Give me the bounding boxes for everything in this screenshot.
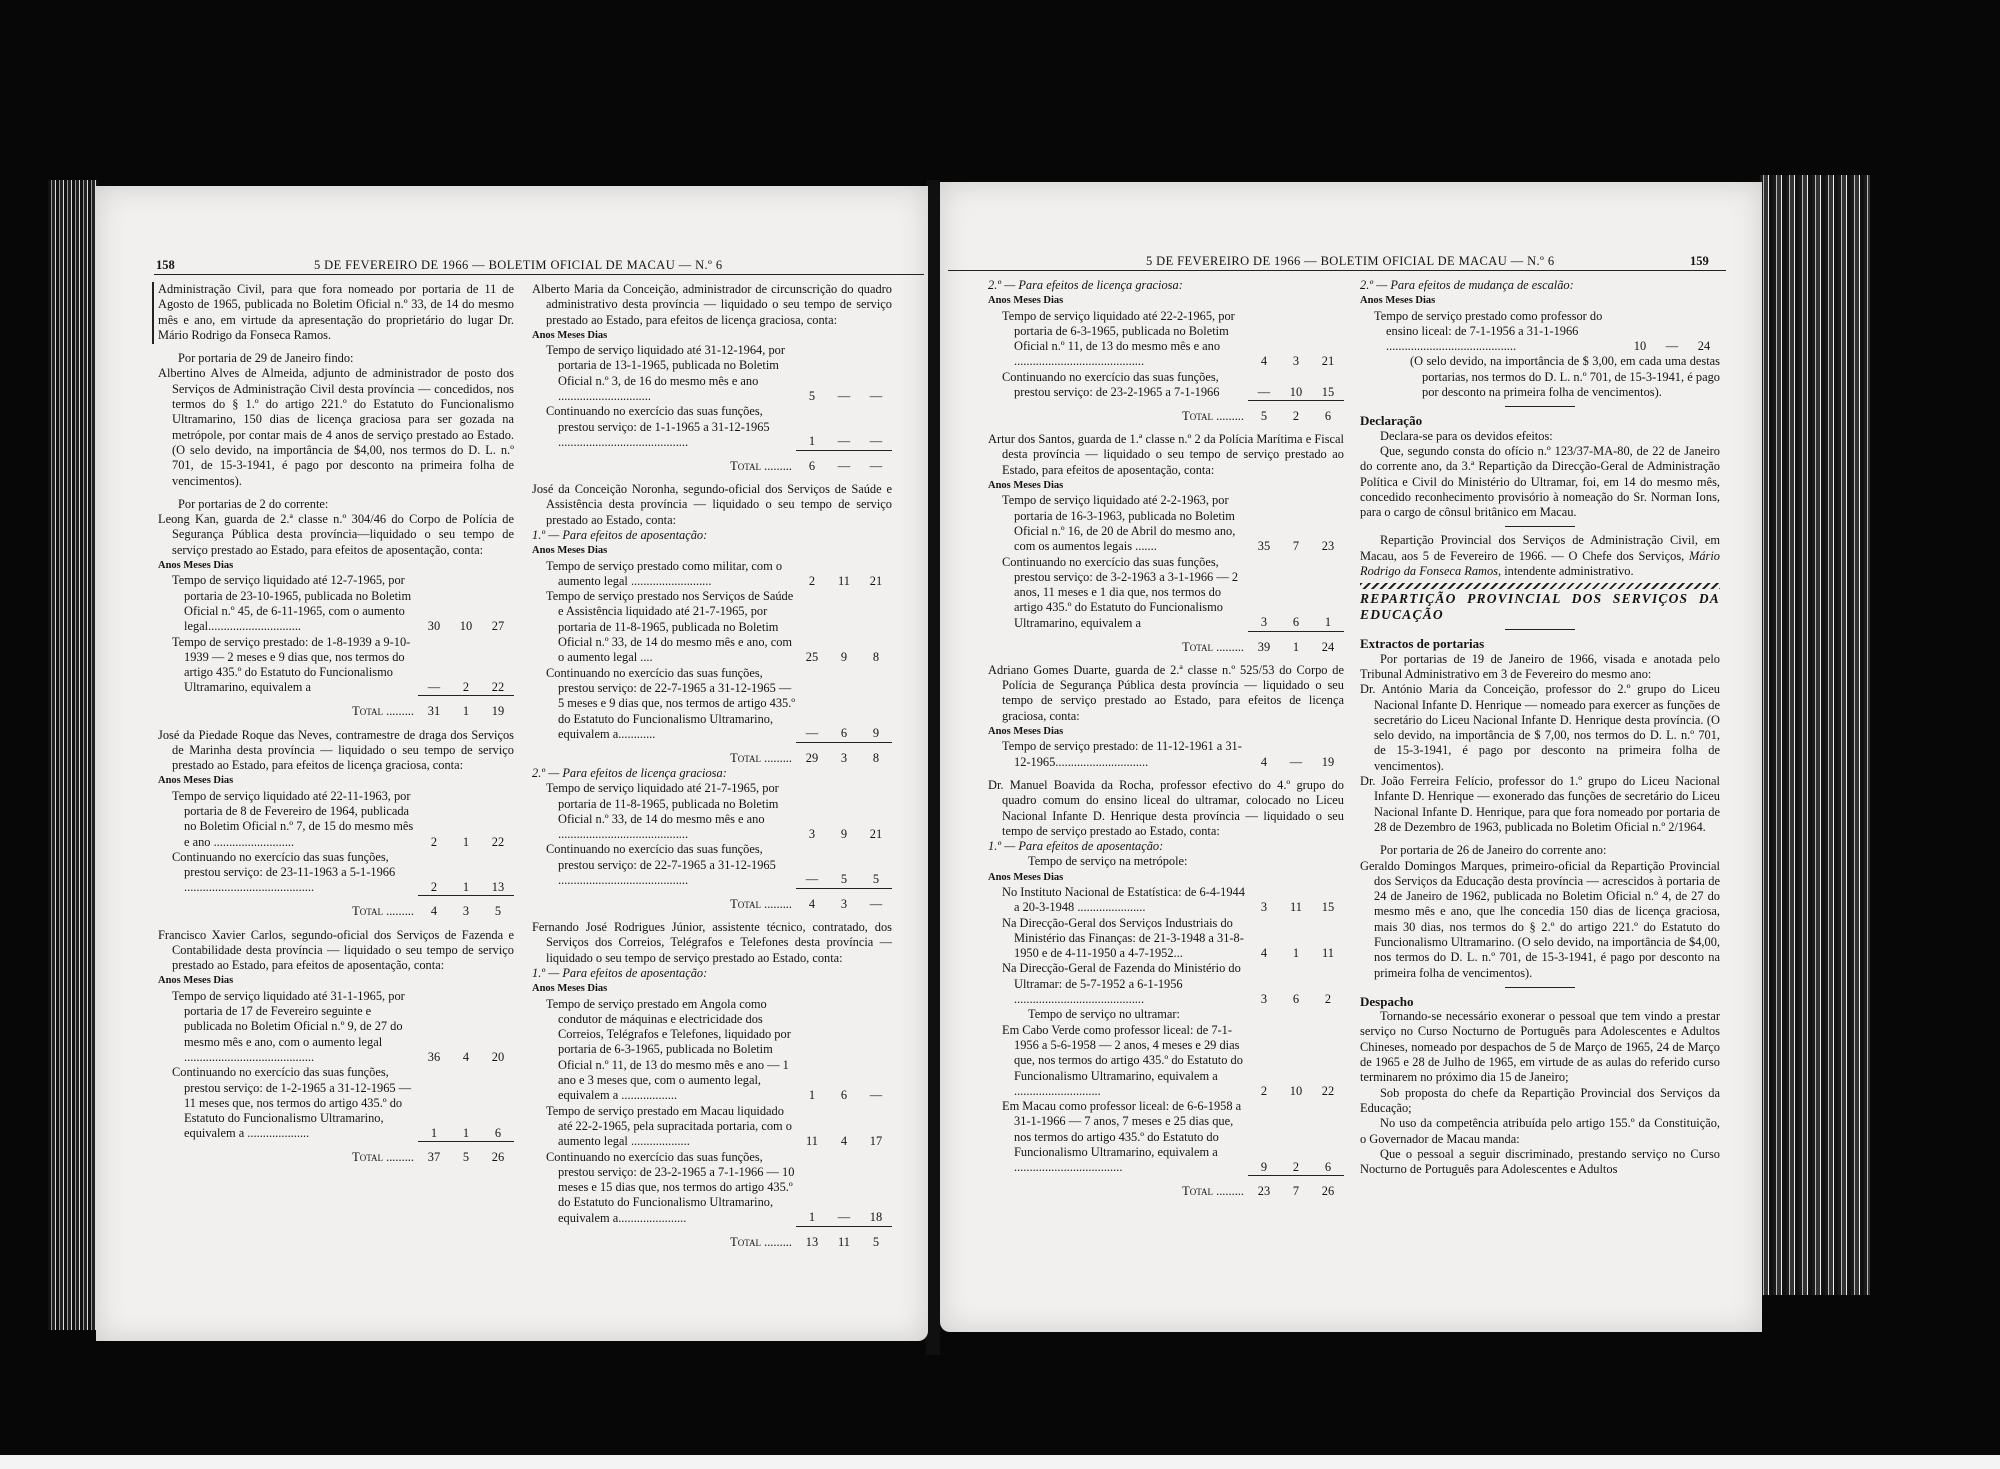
total-days: 26 bbox=[1312, 1180, 1344, 1199]
entry-artur: Artur dos Santos, guarda de 1.ª classe n… bbox=[988, 432, 1344, 655]
table-row: Tempo de serviço prestado: de 1-8-1939 a… bbox=[158, 635, 514, 696]
row-description: Tempo de serviço liquidado até 2-2-1963,… bbox=[988, 493, 1248, 554]
years-cell: 9 bbox=[1248, 1099, 1280, 1175]
total-months: 1 bbox=[450, 700, 482, 719]
subheading: Tempo de serviço no ultramar: bbox=[988, 1007, 1344, 1022]
total-label: Total ......... bbox=[988, 636, 1248, 655]
right-page-column-2: 2.º — Para efeitos de mudança de escalão… bbox=[1360, 278, 1720, 1177]
tally-table: Anos Meses DiasTempo de serviço prestado… bbox=[532, 981, 892, 1250]
subheading: 1.º — Para efeitos de aposentação: bbox=[988, 839, 1344, 854]
left-page-column-1: Administração Civil, para que fora nomea… bbox=[158, 282, 514, 1166]
row-description: Continuando no exercício das suas funçõe… bbox=[158, 1065, 418, 1141]
months-cell: 9 bbox=[828, 781, 860, 842]
declaration-body: Que, segundo consta do ofício n.º 123/37… bbox=[1360, 444, 1720, 520]
row-description: Em Cabo Verde como professor liceal: de … bbox=[988, 1023, 1248, 1099]
years-cell: 25 bbox=[796, 589, 828, 665]
service-time-table: Tempo de serviço liquidado até 31-12-196… bbox=[532, 343, 892, 474]
months-cell: — bbox=[1280, 739, 1312, 770]
table-row: Tempo de serviço liquidado até 12-7-1965… bbox=[158, 573, 514, 634]
tally-table: Anos Meses DiasTempo de serviço prestado… bbox=[532, 543, 892, 766]
table-row: Continuando no exercício das suas funçõe… bbox=[532, 1150, 892, 1226]
table-row: Tempo de serviço prestado: de 11-12-1961… bbox=[988, 739, 1344, 770]
months-cell: 4 bbox=[450, 989, 482, 1065]
row-description: No Instituto Nacional de Estatística: de… bbox=[988, 885, 1248, 916]
total-months: — bbox=[828, 455, 860, 474]
total-label: Total ......... bbox=[988, 1180, 1248, 1199]
row-description: Continuando no exercício das suas funçõe… bbox=[988, 555, 1248, 631]
entry-joao: Dr. João Ferreira Felício, professor do … bbox=[1360, 774, 1720, 835]
days-cell: 8 bbox=[860, 589, 892, 665]
years-cell: — bbox=[418, 635, 450, 696]
department-heading: REPARTIÇÃO PROVINCIAL DOS SERVIÇOS DA ED… bbox=[1360, 591, 1720, 623]
total-months: 2 bbox=[1280, 405, 1312, 424]
book-gutter bbox=[926, 180, 940, 1355]
portaria-lead: Por portaria de 29 de Janeiro findo: bbox=[158, 351, 514, 366]
table-row: Continuando no exercício das suas funçõe… bbox=[158, 850, 514, 896]
row-description: Continuando no exercício das suas funçõe… bbox=[158, 850, 418, 896]
entry-geraldo: Geraldo Domingos Marques, primeiro-ofici… bbox=[1360, 859, 1720, 981]
total-row: Total .........6—— bbox=[532, 455, 892, 474]
service-time-table: Em Cabo Verde como professor liceal: de … bbox=[988, 1023, 1344, 1200]
header-rule bbox=[154, 274, 924, 275]
column-headers: Anos Meses Dias bbox=[158, 558, 514, 573]
section-title-despacho: Despacho bbox=[1360, 994, 1720, 1009]
entry-intro: Francisco Xavier Carlos, segundo-oficial… bbox=[158, 928, 514, 974]
total-days: 24 bbox=[1312, 636, 1344, 655]
months-cell: 6 bbox=[1280, 961, 1312, 1007]
service-time-table: Tempo de serviço liquidado até 22-11-196… bbox=[158, 789, 514, 920]
years-cell: 4 bbox=[1248, 739, 1280, 770]
entry-intro: Artur dos Santos, guarda de 1.ª classe n… bbox=[988, 432, 1344, 478]
total-row: Total .........13115 bbox=[532, 1231, 892, 1250]
total-days: 26 bbox=[482, 1146, 514, 1165]
column-headers: Anos Meses Dias bbox=[532, 981, 892, 996]
row-description: Em Macau como professor liceal: de 6-6-1… bbox=[988, 1099, 1248, 1175]
months-cell: — bbox=[828, 343, 860, 404]
entry-francisco: Francisco Xavier Carlos, segundo-oficial… bbox=[158, 928, 514, 1166]
service-time-table: Tempo de serviço prestado como professor… bbox=[1360, 309, 1720, 355]
total-days: 19 bbox=[482, 700, 514, 719]
subheading: 2.º — Para efeitos de licença graciosa: bbox=[988, 278, 1344, 293]
row-description: Tempo de serviço liquidado até 22-11-196… bbox=[158, 789, 418, 850]
total-months: 11 bbox=[828, 1231, 860, 1250]
column-headers: Anos Meses Dias bbox=[532, 328, 892, 343]
book-edge-left bbox=[48, 180, 98, 1330]
row-description: Tempo de serviço liquidado até 22-2-1965… bbox=[988, 309, 1248, 370]
days-cell: — bbox=[860, 343, 892, 404]
tally-table: Anos Meses DiasNo Instituto Nacional de … bbox=[988, 870, 1344, 1008]
tally-table: Anos Meses DiasTempo de serviço prestado… bbox=[1360, 293, 1720, 354]
months-cell: 5 bbox=[828, 842, 860, 888]
total-years: 23 bbox=[1248, 1180, 1280, 1199]
entry-antonio: Dr. António Maria da Conceição, professo… bbox=[1360, 682, 1720, 774]
row-description: Tempo de serviço prestado como militar, … bbox=[532, 559, 796, 590]
service-time-table: Tempo de serviço liquidado até 21-7-1965… bbox=[532, 781, 892, 912]
column-headers: Anos Meses Dias bbox=[988, 724, 1344, 739]
table-row: Em Cabo Verde como professor liceal: de … bbox=[988, 1023, 1344, 1099]
row-description: Na Direcção-Geral dos Serviços Industria… bbox=[988, 916, 1248, 962]
table-row: Continuando no exercício das suas funçõe… bbox=[532, 666, 892, 742]
total-days: 6 bbox=[1312, 405, 1344, 424]
section-title-extractos: Extractos de portarias bbox=[1360, 636, 1720, 651]
months-cell: 2 bbox=[450, 635, 482, 696]
entry-alberto: Alberto Maria da Conceição, administrado… bbox=[532, 282, 892, 474]
months-cell: 7 bbox=[1280, 493, 1312, 554]
tally-table: Anos Meses DiasTempo de serviço liquidad… bbox=[988, 293, 1344, 424]
years-cell: 2 bbox=[418, 850, 450, 896]
years-cell: 2 bbox=[418, 789, 450, 850]
table-row: Tempo de serviço liquidado até 22-2-1965… bbox=[988, 309, 1344, 370]
total-months: 3 bbox=[828, 747, 860, 766]
table-row: No Instituto Nacional de Estatística: de… bbox=[988, 885, 1344, 916]
days-cell: — bbox=[860, 404, 892, 450]
subheading: Tempo de serviço na metrópole: bbox=[988, 854, 1344, 869]
signatory-role: , intendente administrativo. bbox=[1498, 564, 1634, 578]
total-days: — bbox=[860, 455, 892, 474]
service-time-table: Tempo de serviço prestado como militar, … bbox=[532, 559, 892, 766]
column-headers: Anos Meses Dias bbox=[158, 973, 514, 988]
service-time-table: Tempo de serviço liquidado até 31-1-1965… bbox=[158, 989, 514, 1166]
divider bbox=[1505, 987, 1575, 988]
days-cell: 21 bbox=[1312, 309, 1344, 370]
divider bbox=[1505, 526, 1575, 527]
table-row: Tempo de serviço prestado em Angola como… bbox=[532, 997, 892, 1104]
days-cell: 5 bbox=[860, 842, 892, 888]
subheading: 2.º — Para efeitos de licença graciosa: bbox=[532, 766, 892, 781]
column-headers: Anos Meses Dias bbox=[988, 293, 1344, 308]
total-days: 5 bbox=[482, 900, 514, 919]
entry-jose-noronha: José da Conceição Noronha, segundo-ofici… bbox=[532, 482, 892, 912]
portaria-lead: Por portaria de 26 de Janeiro do corrent… bbox=[1360, 843, 1720, 858]
months-cell: 10 bbox=[1280, 1023, 1312, 1099]
column-headers: Anos Meses Dias bbox=[988, 870, 1344, 885]
months-cell: 3 bbox=[1280, 309, 1312, 370]
service-time-table: Tempo de serviço liquidado até 12-7-1965… bbox=[158, 573, 514, 719]
months-cell: 1 bbox=[450, 850, 482, 896]
days-cell: 11 bbox=[1312, 916, 1344, 962]
total-days: — bbox=[860, 893, 892, 912]
total-months: 3 bbox=[450, 900, 482, 919]
years-cell: — bbox=[1248, 370, 1280, 401]
days-cell: 22 bbox=[482, 635, 514, 696]
months-cell: 10 bbox=[1280, 370, 1312, 401]
months-cell: 1 bbox=[450, 1065, 482, 1141]
signature-text: Repartição Provincial dos Serviços de Ad… bbox=[1360, 533, 1720, 562]
table-row: Continuando no exercício das suas funçõe… bbox=[158, 1065, 514, 1141]
days-cell: 9 bbox=[860, 666, 892, 742]
years-cell: 3 bbox=[796, 781, 828, 842]
row-description: Tempo de serviço prestado: de 1-8-1939 a… bbox=[158, 635, 418, 696]
left-page: 158 5 DE FEVEREIRO DE 1966 — BOLETIM OFI… bbox=[96, 186, 928, 1341]
years-cell: 1 bbox=[796, 404, 828, 450]
years-cell: 10 bbox=[1624, 309, 1656, 355]
service-time-table: No Instituto Nacional de Estatística: de… bbox=[988, 885, 1344, 1007]
film-strip-edge bbox=[0, 1455, 2000, 1469]
entry-jose-piedade: José da Piedade Roque das Neves, contram… bbox=[158, 728, 514, 920]
months-cell: — bbox=[828, 404, 860, 450]
days-cell: 17 bbox=[860, 1104, 892, 1150]
total-years: 39 bbox=[1248, 636, 1280, 655]
months-cell: 6 bbox=[1280, 555, 1312, 631]
months-cell: 1 bbox=[450, 789, 482, 850]
days-cell: 21 bbox=[860, 559, 892, 590]
row-description: Continuando no exercício das suas funçõe… bbox=[532, 1150, 796, 1226]
signature-block: Repartição Provincial dos Serviços de Ad… bbox=[1360, 533, 1720, 579]
days-cell: 15 bbox=[1312, 370, 1344, 401]
table-row: Tempo de serviço prestado nos Serviços d… bbox=[532, 589, 892, 665]
row-description: Continuando no exercício das suas funçõe… bbox=[532, 404, 796, 450]
total-row: Total .........31119 bbox=[158, 700, 514, 719]
table-row: Tempo de serviço prestado em Macau liqui… bbox=[532, 1104, 892, 1150]
months-cell: — bbox=[828, 1150, 860, 1226]
row-description: Continuando no exercício das suas funçõe… bbox=[988, 370, 1248, 401]
years-cell: 35 bbox=[1248, 493, 1280, 554]
portaria-lead: Por portarias de 2 do corrente: bbox=[158, 497, 514, 512]
table-row: Tempo de serviço liquidado até 2-2-1963,… bbox=[988, 493, 1344, 554]
months-cell: — bbox=[1656, 309, 1688, 355]
days-cell: — bbox=[860, 997, 892, 1104]
days-cell: 22 bbox=[482, 789, 514, 850]
despacho-paragraph: Sob proposta do chefe da Repartição Prov… bbox=[1360, 1086, 1720, 1117]
days-cell: 21 bbox=[860, 781, 892, 842]
total-label: Total ......... bbox=[532, 893, 796, 912]
row-description: Continuando no exercício das suas funçõe… bbox=[532, 842, 796, 888]
despacho-paragraph: No uso da competência atribuída pelo art… bbox=[1360, 1116, 1720, 1147]
months-cell: 6 bbox=[828, 997, 860, 1104]
row-description: Tempo de serviço liquidado até 31-12-196… bbox=[532, 343, 796, 404]
running-head: 5 DE FEVEREIRO DE 1966 — BOLETIM OFICIAL… bbox=[1146, 254, 1555, 269]
years-cell: 3 bbox=[1248, 885, 1280, 916]
entry-adriano: Adriano Gomes Duarte, guarda de 2.ª clas… bbox=[988, 663, 1344, 770]
row-description: Tempo de serviço prestado em Angola como… bbox=[532, 997, 796, 1104]
days-cell: 15 bbox=[1312, 885, 1344, 916]
total-label: Total ......... bbox=[532, 747, 796, 766]
total-months: 5 bbox=[450, 1146, 482, 1165]
column-headers: Anos Meses Dias bbox=[158, 773, 514, 788]
entry-intro: Alberto Maria da Conceição, administrado… bbox=[532, 282, 892, 328]
left-page-column-2: Alberto Maria da Conceição, administrado… bbox=[532, 282, 892, 1250]
entry-fernando: Fernando José Rodrigues Júnior, assisten… bbox=[532, 920, 892, 1250]
divider bbox=[1505, 629, 1575, 630]
total-days: 8 bbox=[860, 747, 892, 766]
entry-intro: Adriano Gomes Duarte, guarda de 2.ª clas… bbox=[988, 663, 1344, 724]
table-row: Na Direcção-Geral dos Serviços Industria… bbox=[988, 916, 1344, 962]
days-cell: 23 bbox=[1312, 493, 1344, 554]
row-description: Tempo de serviço prestado: de 11-12-1961… bbox=[988, 739, 1248, 770]
days-cell: 27 bbox=[482, 573, 514, 634]
years-cell: 4 bbox=[1248, 916, 1280, 962]
days-cell: 2 bbox=[1312, 961, 1344, 1007]
years-cell: 1 bbox=[796, 997, 828, 1104]
months-cell: 2 bbox=[1280, 1099, 1312, 1175]
years-cell: 30 bbox=[418, 573, 450, 634]
row-description: Na Direcção-Geral de Fazenda do Ministér… bbox=[988, 961, 1248, 1007]
tally-table: Tempo de serviço liquidado até 21-7-1965… bbox=[532, 781, 892, 912]
despacho-paragraph: Tornando-se necessário exonerar o pessoa… bbox=[1360, 1009, 1720, 1085]
months-cell: 11 bbox=[828, 559, 860, 590]
table-row: Tempo de serviço liquidado até 21-7-1965… bbox=[532, 781, 892, 842]
total-years: 6 bbox=[796, 455, 828, 474]
entry-intro: José da Conceição Noronha, segundo-ofici… bbox=[532, 482, 892, 528]
years-cell: 4 bbox=[1248, 309, 1280, 370]
ornamental-divider bbox=[1360, 583, 1720, 589]
declaration-lead: Declara-se para os devidos efeitos: bbox=[1360, 429, 1720, 444]
total-row: Total .........2938 bbox=[532, 747, 892, 766]
column-headers: Anos Meses Dias bbox=[532, 543, 892, 558]
service-time-table: Tempo de serviço liquidado até 2-2-1963,… bbox=[988, 493, 1344, 654]
days-cell: 6 bbox=[1312, 1099, 1344, 1175]
total-months: 7 bbox=[1280, 1180, 1312, 1199]
days-cell: 20 bbox=[482, 989, 514, 1065]
entry-intro: Fernando José Rodrigues Júnior, assisten… bbox=[532, 920, 892, 966]
years-cell: 11 bbox=[796, 1104, 828, 1150]
table-row: Continuando no exercício das suas funçõe… bbox=[532, 404, 892, 450]
years-cell: 2 bbox=[1248, 1023, 1280, 1099]
months-cell: 10 bbox=[450, 573, 482, 634]
total-years: 4 bbox=[796, 893, 828, 912]
total-row: Total .........39124 bbox=[988, 636, 1344, 655]
years-cell: 3 bbox=[1248, 961, 1280, 1007]
years-cell: 3 bbox=[1248, 555, 1280, 631]
total-years: 29 bbox=[796, 747, 828, 766]
total-years: 31 bbox=[418, 700, 450, 719]
table-row: Tempo de serviço liquidado até 31-12-196… bbox=[532, 343, 892, 404]
table-row: Continuando no exercício das suas funçõe… bbox=[988, 555, 1344, 631]
total-years: 37 bbox=[418, 1146, 450, 1165]
row-description: Tempo de serviço liquidado até 12-7-1965… bbox=[158, 573, 418, 634]
divider bbox=[1505, 406, 1575, 407]
row-description: Tempo de serviço prestado nos Serviços d… bbox=[532, 589, 796, 665]
days-cell: 19 bbox=[1312, 739, 1344, 770]
entry-manuel: Dr. Manuel Boavida da Rocha, professor e… bbox=[988, 778, 1344, 1200]
portaria-lead: Por portarias de 19 de Janeiro de 1966, … bbox=[1360, 652, 1720, 683]
days-cell: 1 bbox=[1312, 555, 1344, 631]
months-cell: 9 bbox=[828, 589, 860, 665]
intro-paragraph: Administração Civil, para que fora nomea… bbox=[158, 282, 514, 343]
book-edge-right bbox=[1760, 175, 1870, 1295]
days-cell: 13 bbox=[482, 850, 514, 896]
days-cell: 22 bbox=[1312, 1023, 1344, 1099]
right-page-column-1: 2.º — Para efeitos de licença graciosa: … bbox=[988, 278, 1344, 1199]
header-rule bbox=[948, 270, 1726, 271]
row-description: Tempo de serviço prestado em Macau liqui… bbox=[532, 1104, 796, 1150]
table-row: Tempo de serviço liquidado até 31-1-1965… bbox=[158, 989, 514, 1065]
stamp-duty-note: (O selo devido, na importância de $ 3,00… bbox=[1360, 354, 1720, 400]
service-time-table: Tempo de serviço liquidado até 22-2-1965… bbox=[988, 309, 1344, 425]
total-label: Total ......... bbox=[532, 455, 796, 474]
entry-leong-kan: Leong Kan, guarda de 2.ª classe n.º 304/… bbox=[158, 512, 514, 719]
days-cell: 18 bbox=[860, 1150, 892, 1226]
subheading: 1.º — Para efeitos de aposentação: bbox=[532, 528, 892, 543]
total-row: Total .........23726 bbox=[988, 1180, 1344, 1199]
service-time-table: Tempo de serviço prestado em Angola como… bbox=[532, 997, 892, 1250]
row-description: Tempo de serviço liquidado até 21-7-1965… bbox=[532, 781, 796, 842]
years-cell: 2 bbox=[796, 559, 828, 590]
total-row: Total .........526 bbox=[988, 405, 1344, 424]
table-row: Tempo de serviço prestado como militar, … bbox=[532, 559, 892, 590]
page-number: 159 bbox=[1690, 254, 1709, 269]
total-label: Total ......... bbox=[158, 900, 418, 919]
months-cell: 11 bbox=[1280, 885, 1312, 916]
total-row: Total .........435 bbox=[158, 900, 514, 919]
table-row: Tempo de serviço liquidado até 22-11-196… bbox=[158, 789, 514, 850]
years-cell: — bbox=[796, 666, 828, 742]
total-years: 5 bbox=[1248, 405, 1280, 424]
days-cell: 24 bbox=[1688, 309, 1720, 355]
entry-intro: Leong Kan, guarda de 2.ª classe n.º 304/… bbox=[158, 512, 514, 558]
section-title-declaracao: Declaração bbox=[1360, 413, 1720, 428]
days-cell: 6 bbox=[482, 1065, 514, 1141]
total-label: Total ......... bbox=[988, 405, 1248, 424]
years-cell: 5 bbox=[796, 343, 828, 404]
total-months: 1 bbox=[1280, 636, 1312, 655]
months-cell: 4 bbox=[828, 1104, 860, 1150]
total-label: Total ......... bbox=[532, 1231, 796, 1250]
months-cell: 1 bbox=[1280, 916, 1312, 962]
years-cell: 1 bbox=[418, 1065, 450, 1141]
total-years: 13 bbox=[796, 1231, 828, 1250]
table-row: Em Macau como professor liceal: de 6-6-1… bbox=[988, 1099, 1344, 1175]
table-row: Tempo de serviço prestado como professor… bbox=[1360, 309, 1720, 355]
subheading: 2.º — Para efeitos de mudança de escalão… bbox=[1360, 278, 1720, 293]
margin-bar bbox=[152, 282, 154, 344]
right-page: 5 DE FEVEREIRO DE 1966 — BOLETIM OFICIAL… bbox=[940, 182, 1762, 1332]
service-time-table: Tempo de serviço prestado: de 11-12-1961… bbox=[988, 739, 1344, 770]
total-years: 4 bbox=[418, 900, 450, 919]
years-cell: 1 bbox=[796, 1150, 828, 1226]
total-row: Total .........37526 bbox=[158, 1146, 514, 1165]
subheading: 1.º — Para efeitos de aposentação: bbox=[532, 966, 892, 981]
row-description: Continuando no exercício das suas funçõe… bbox=[532, 666, 796, 742]
entry-intro: José da Piedade Roque das Neves, contram… bbox=[158, 728, 514, 774]
row-description: Tempo de serviço liquidado até 31-1-1965… bbox=[158, 989, 418, 1065]
running-head: 5 DE FEVEREIRO DE 1966 — BOLETIM OFICIAL… bbox=[314, 258, 723, 273]
tally-table: Em Cabo Verde como professor liceal: de … bbox=[988, 1023, 1344, 1200]
column-headers: Anos Meses Dias bbox=[988, 478, 1344, 493]
table-row: Na Direcção-Geral de Fazenda do Ministér… bbox=[988, 961, 1344, 1007]
despacho-paragraph: Que o pessoal a seguir discriminado, pre… bbox=[1360, 1147, 1720, 1178]
years-cell: — bbox=[796, 842, 828, 888]
row-description: Tempo de serviço prestado como professor… bbox=[1360, 309, 1624, 355]
table-row: Continuando no exercício das suas funçõe… bbox=[988, 370, 1344, 401]
total-months: 3 bbox=[828, 893, 860, 912]
entry-intro: Dr. Manuel Boavida da Rocha, professor e… bbox=[988, 778, 1344, 839]
months-cell: 6 bbox=[828, 666, 860, 742]
years-cell: 36 bbox=[418, 989, 450, 1065]
total-label: Total ......... bbox=[158, 700, 418, 719]
total-row: Total .........43— bbox=[532, 893, 892, 912]
total-days: 5 bbox=[860, 1231, 892, 1250]
total-label: Total ......... bbox=[158, 1146, 418, 1165]
page-number: 158 bbox=[156, 258, 175, 273]
entry-albertino: Albertino Alves de Almeida, adjunto de a… bbox=[158, 366, 514, 488]
column-headers: Anos Meses Dias bbox=[1360, 293, 1720, 308]
table-row: Continuando no exercício das suas funçõe… bbox=[532, 842, 892, 888]
